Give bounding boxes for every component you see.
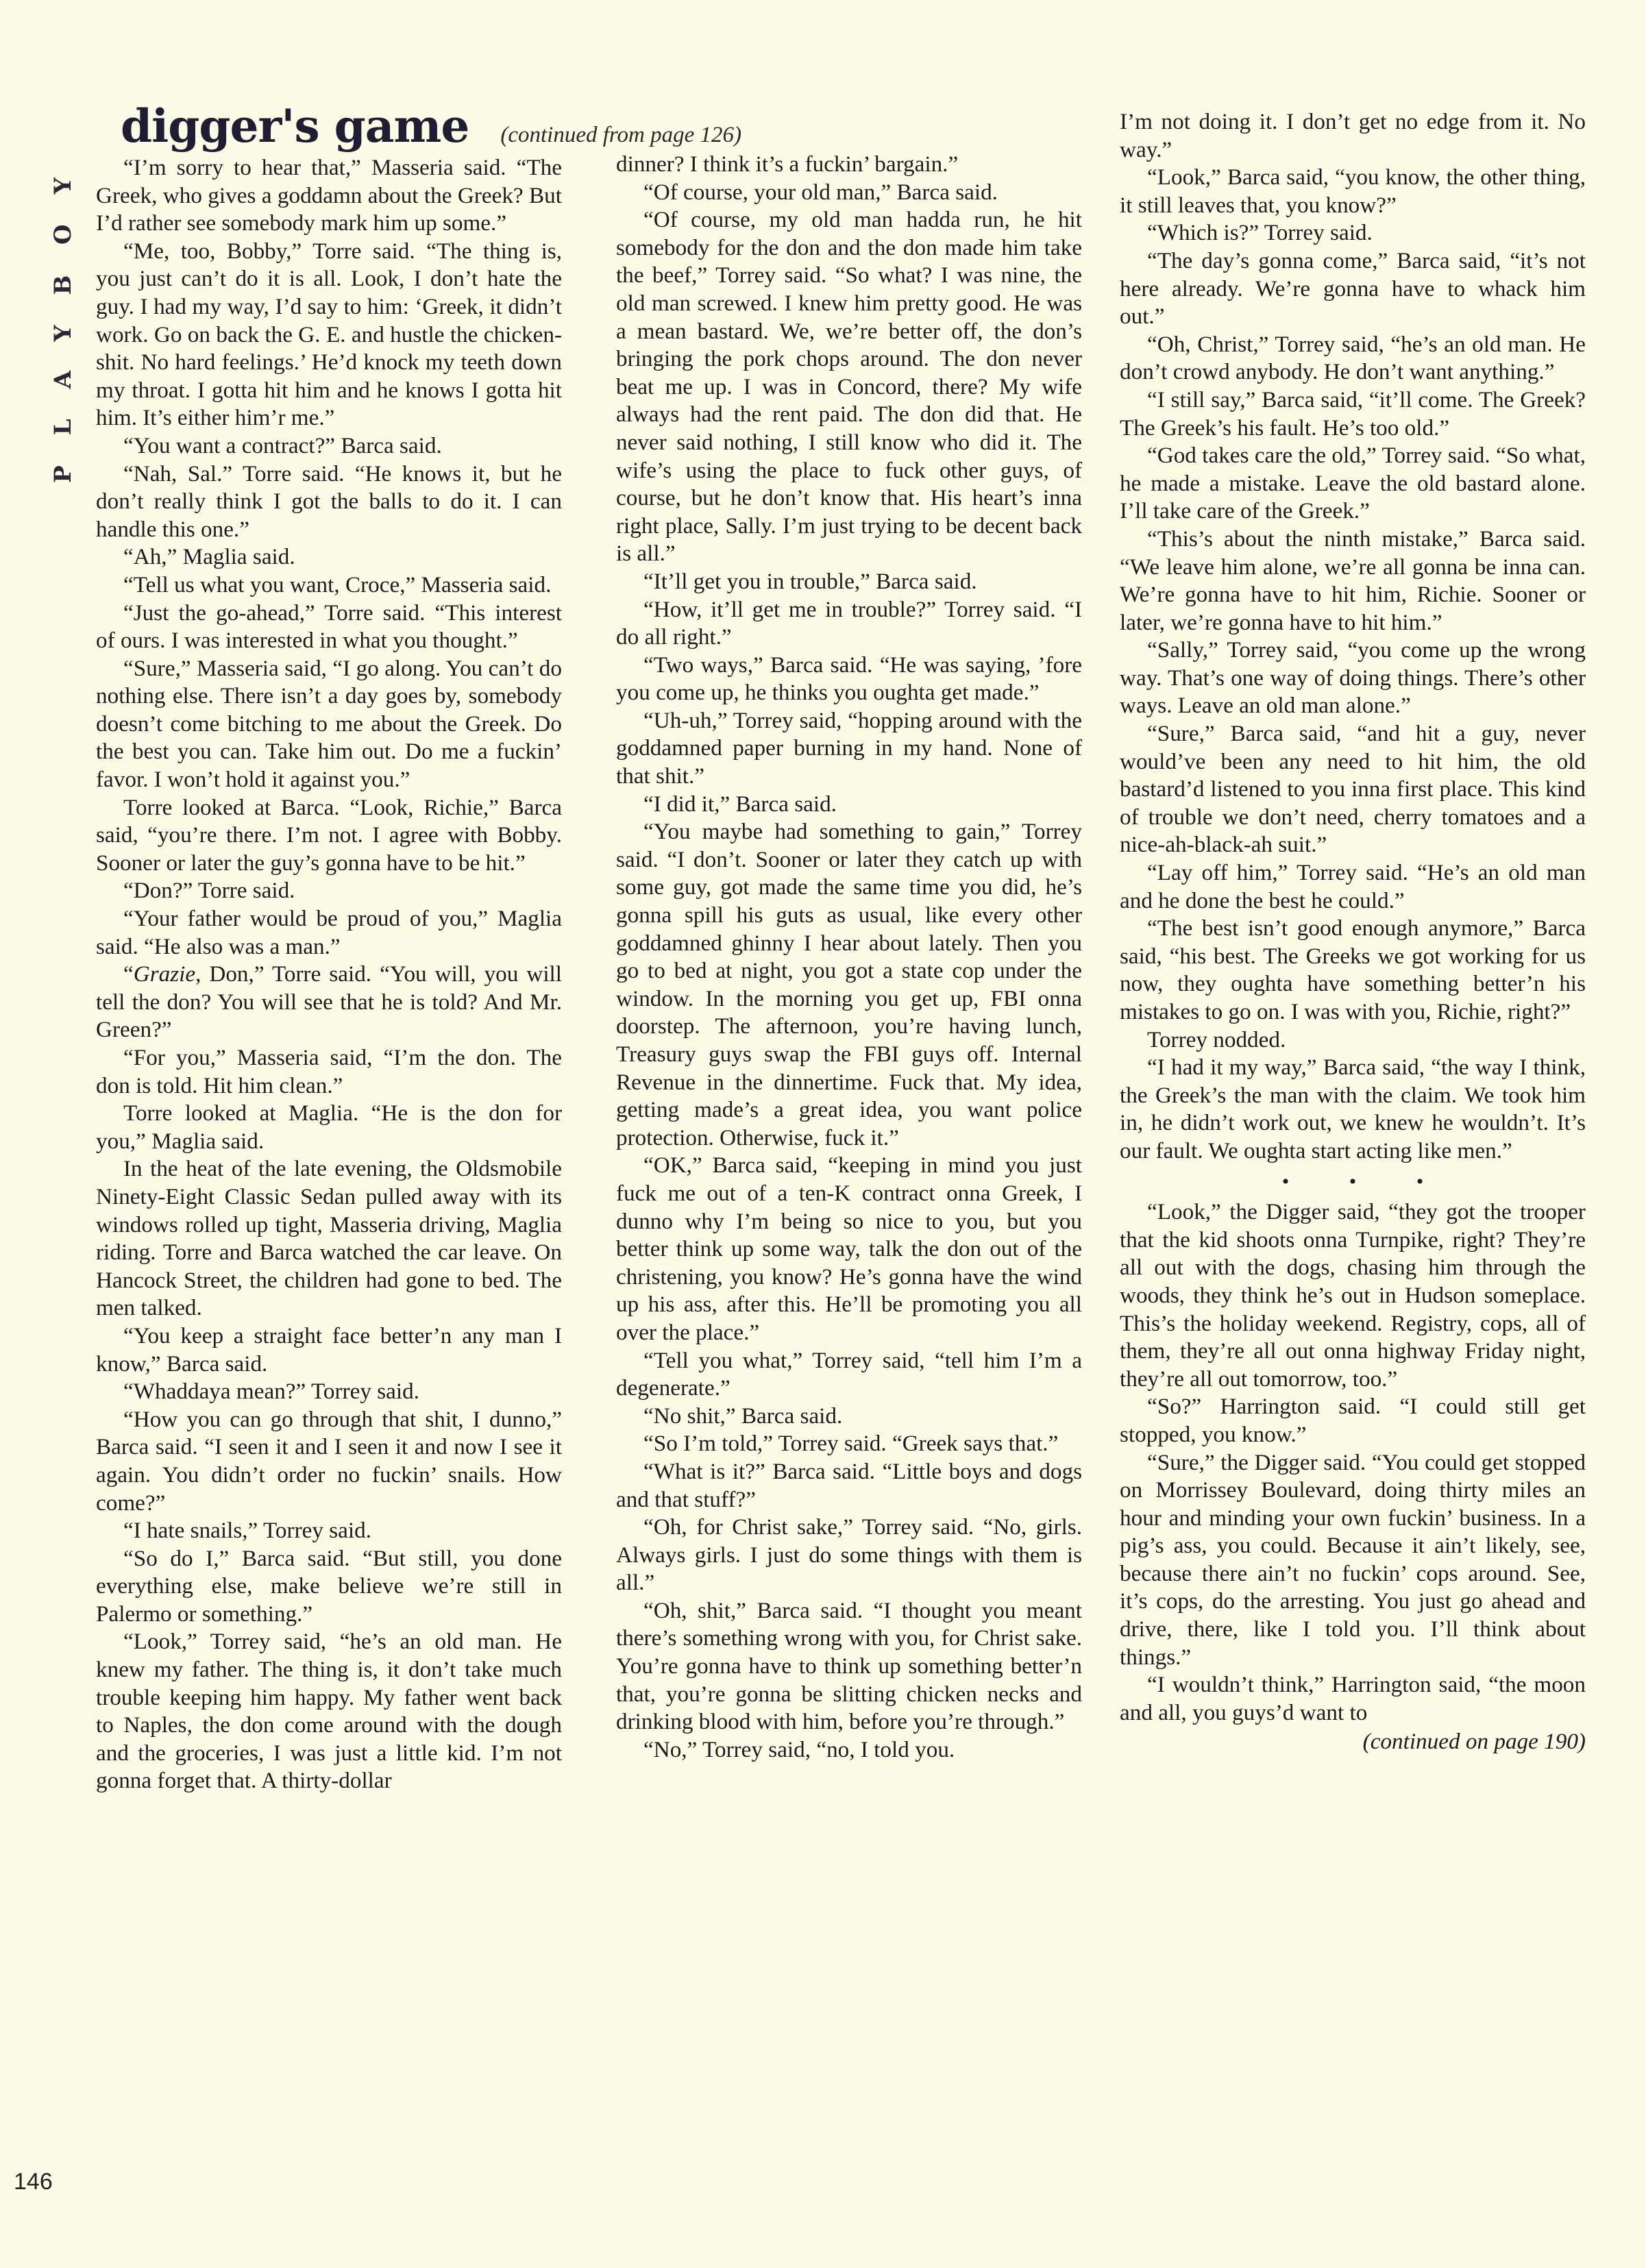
paragraph: “Sure,” Barca said, “and hit a guy, neve… (1120, 720, 1586, 859)
paragraph: “You keep a straight face better’n any m… (96, 1322, 562, 1378)
paragraph: “It’ll get you in trouble,” Barca said. (616, 568, 1082, 596)
paragraph: “Don?” Torre said. (96, 877, 562, 905)
page-number: 146 (14, 2169, 53, 2195)
paragraph: “Oh, shit,” Barca said. “I thought you m… (616, 1597, 1082, 1736)
paragraph: “God takes care the old,” Torrey said. “… (1120, 442, 1586, 526)
paragraph: “Tell us what you want, Croce,” Masseria… (96, 571, 562, 600)
paragraph: “How you can go through that shit, I dun… (96, 1406, 562, 1517)
continued-on-note: (continued on page 190) (1120, 1728, 1586, 1756)
paragraph: “Which is?” Torrey said. (1120, 219, 1586, 247)
magazine-spine-label: PLAYBOY (42, 103, 84, 528)
paragraph: “Sure,” Masseria said, “I go along. You … (96, 655, 562, 794)
text-column-1: “I’m sorry to hear that,” Masseria said.… (96, 154, 562, 1795)
paragraph: Torre looked at Maglia. “He is the don f… (96, 1100, 562, 1155)
paragraph: “This’s about the ninth mistake,” Barca … (1120, 526, 1586, 637)
paragraph: “The best isn’t good enough anymore,” Ba… (1120, 915, 1586, 1026)
paragraph: “Look,” Torrey said, “he’s an old man. H… (96, 1628, 562, 1795)
paragraph: “Me, too, Bobby,” Torre said. “The thing… (96, 238, 562, 432)
paragraph: “No,” Torrey said, “no, I told you. (616, 1736, 1082, 1764)
paragraph: “You maybe had something to gain,” Torre… (616, 818, 1082, 1152)
paragraph: “So I’m told,” Torrey said. “Greek says … (616, 1430, 1082, 1458)
paragraph: Torre looked at Barca. “Look, Richie,” B… (96, 794, 562, 878)
paragraph: Torrey nodded. (1120, 1026, 1586, 1055)
column-3-paragraphs-after-break: “Look,” the Digger said, “they got the t… (1120, 1198, 1586, 1727)
paragraph: “Just the go-ahead,” Torre said. “This i… (96, 600, 562, 655)
paragraph: “Ah,” Maglia said. (96, 543, 562, 571)
section-break: • • • (1147, 1168, 1586, 1196)
paragraph: “I had it my way,” Barca said, “the way … (1120, 1054, 1586, 1165)
paragraph: “Oh, for Christ sake,” Torrey said. “No,… (616, 1514, 1082, 1597)
text-column-2: dinner? I think it’s a fuckin’ bargain.”… (616, 151, 1082, 1764)
paragraph: “Oh, Christ,” Torrey said, “he’s an old … (1120, 331, 1586, 386)
paragraph: I’m not doing it. I don’t get no edge fr… (1120, 108, 1586, 164)
paragraph: “Tell you what,” Torrey said, “tell him … (616, 1347, 1082, 1403)
paragraph: “You want a contract?” Barca said. (96, 432, 562, 460)
paragraph: In the heat of the late evening, the Old… (96, 1155, 562, 1322)
paragraph: “Of course, my old man hadda run, he hit… (616, 206, 1082, 568)
paragraph: “I hate snails,” Torrey said. (96, 1517, 562, 1545)
paragraph: “What is it?” Barca said. “Little boys a… (616, 1458, 1082, 1514)
paragraph: “Lay off him,” Torrey said. “He’s an old… (1120, 859, 1586, 915)
column-3-paragraphs: I’m not doing it. I don’t get no edge fr… (1120, 108, 1586, 1166)
paragraph: “No shit,” Barca said. (616, 1403, 1082, 1431)
paragraph: “Look,” Barca said, “you know, the other… (1120, 164, 1586, 219)
paragraph: “So?” Harrington said. “I could still ge… (1120, 1393, 1586, 1449)
paragraph: “Your father would be proud of you,” Mag… (96, 905, 562, 961)
paragraph: “I wouldn’t think,” Harrington said, “th… (1120, 1671, 1586, 1727)
paragraph: “Look,” the Digger said, “they got the t… (1120, 1198, 1586, 1393)
paragraph: “Of course, your old man,” Barca said. (616, 179, 1082, 207)
paragraph: “Uh-uh,” Torrey said, “hopping around wi… (616, 707, 1082, 791)
spine-text: PLAYBOY (49, 147, 77, 483)
paragraph: “I still say,” Barca said, “it’ll come. … (1120, 386, 1586, 442)
paragraph: “OK,” Barca said, “keeping in mind you j… (616, 1152, 1082, 1346)
paragraph: “The day’s gonna come,” Barca said, “it’… (1120, 247, 1586, 331)
paragraph: “Sally,” Torrey said, “you come up the w… (1120, 637, 1586, 720)
paragraph: “I’m sorry to hear that,” Masseria said.… (96, 154, 562, 238)
paragraph: “For you,” Masseria said, “I’m the don. … (96, 1044, 562, 1100)
article-header: digger's game (continued from page 126) (121, 99, 741, 153)
article-title: digger's game (121, 99, 469, 153)
paragraph: “Nah, Sal.” Torre said. “He knows it, bu… (96, 460, 562, 544)
paragraph: “How, it’ll get me in trouble?” Torrey s… (616, 596, 1082, 652)
paragraph: “Grazie, Don,” Torre said. “You will, yo… (96, 961, 562, 1044)
paragraph: “Two ways,” Barca said. “He was saying, … (616, 652, 1082, 707)
paragraph: “I did it,” Barca said. (616, 791, 1082, 819)
paragraph: dinner? I think it’s a fuckin’ bargain.” (616, 151, 1082, 179)
paragraph: “Whaddaya mean?” Torrey said. (96, 1378, 562, 1406)
paragraph: “So do I,” Barca said. “But still, you d… (96, 1545, 562, 1629)
continued-from-note: (continued from page 126) (500, 123, 741, 148)
text-column-3: I’m not doing it. I don’t get no edge fr… (1120, 108, 1586, 1756)
paragraph: “Sure,” the Digger said. “You could get … (1120, 1449, 1586, 1672)
